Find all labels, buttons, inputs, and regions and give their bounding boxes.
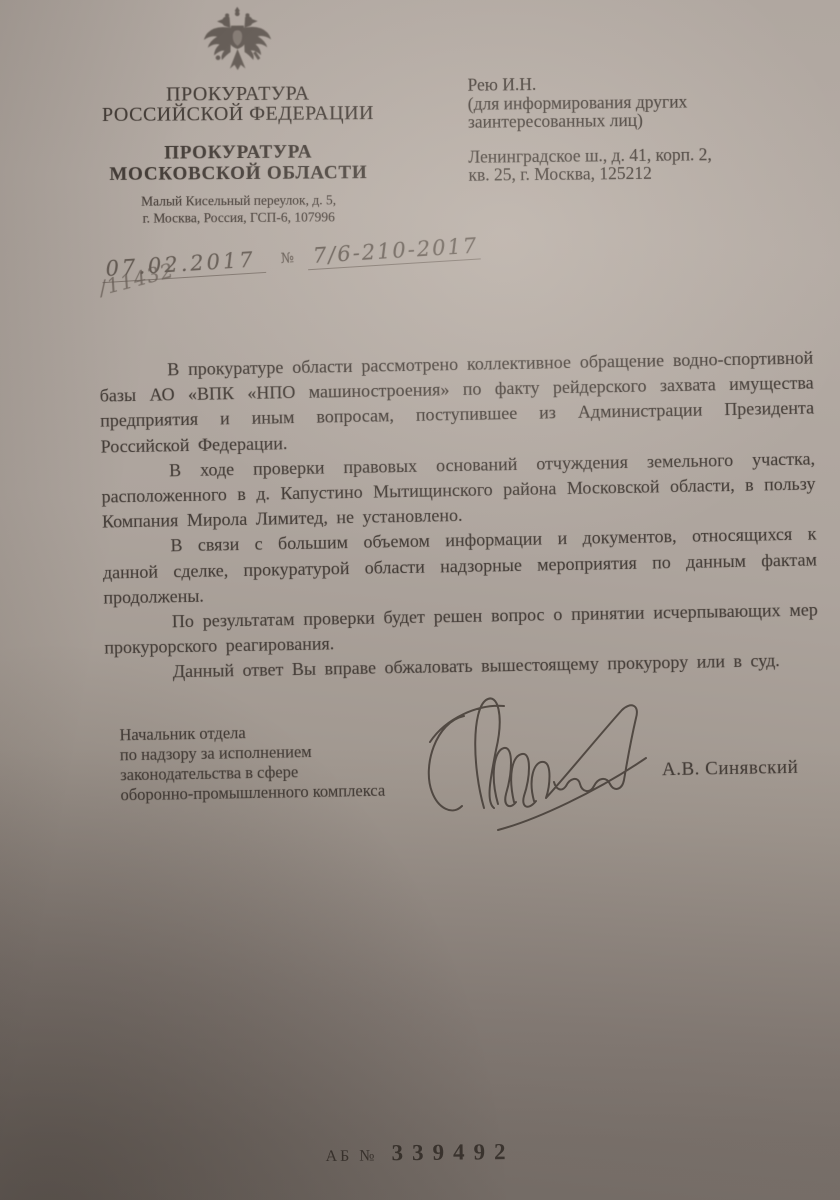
dept-name-line2: МОСКОВСКОЙ ОБЛАСТИ [88,162,388,185]
letterhead: ПРОКУРАТУРА РОССИЙСКОЙ ФЕДЕРАЦИИ ПРОКУРА… [87,5,389,227]
paragraph-3: В связи с большим объемом информации и д… [102,522,817,611]
org-name-line2: РОССИЙСКОЙ ФЕДЕРАЦИИ [88,103,388,125]
letter-body: В прокуратуре области рассмотрено коллек… [99,345,819,686]
coat-of-arms-icon [197,6,278,79]
recipient-address-line2: кв. 25, г. Москва, 125212 [468,162,798,184]
serial-number: 339492 [391,1139,514,1165]
reference-line: 07.02.2017 № 7/6-210-2017/11432 [101,231,523,305]
handwritten-outgoing-number: 7/6-210-2017 [306,233,481,270]
dept-name-line1: ПРОКУРАТУРА [88,141,388,164]
letter-photo: ПРОКУРАТУРА РОССИЙСКОЙ ФЕДЕРАЦИИ ПРОКУРА… [0,0,840,1200]
letterhead-address-line2: г. Москва, Россия, ГСП-6, 107996 [89,208,389,227]
paragraph-2: В ходе проверки правовых оснований отчуж… [101,446,816,535]
letterhead-address-line1: Малый Кисельный переулок, д. 5, [89,192,389,211]
form-serial: АБ №339492 [0,1136,840,1171]
recipient-block: Рею И.Н. (для информирования других заин… [467,72,798,184]
signer-name: А.В. Синявский [662,757,799,781]
paragraph-1: В прокуратуре области рассмотрено коллек… [99,345,815,459]
number-sign: № [280,250,294,267]
serial-prefix: АБ № [325,1147,377,1165]
signature-scribble [406,680,666,840]
